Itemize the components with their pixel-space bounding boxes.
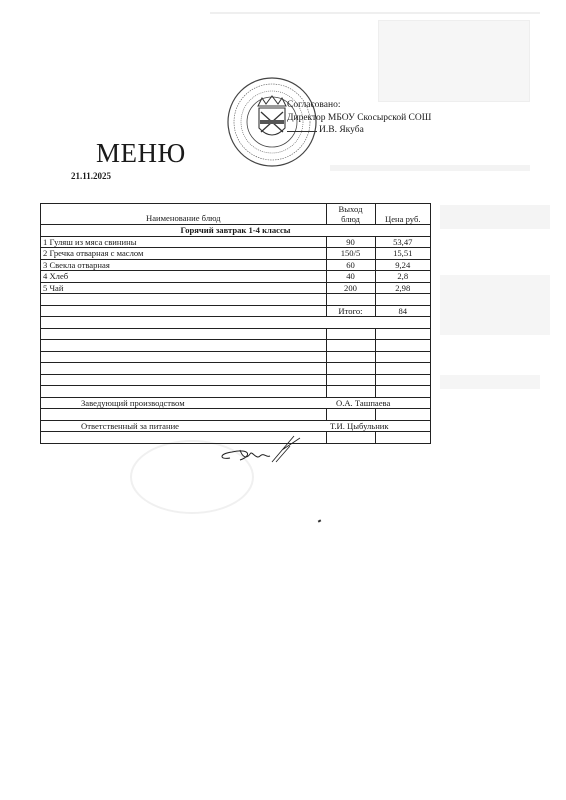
section-title: Горячий завтрак 1-4 классы: [41, 225, 431, 237]
dish-portion: 40: [326, 271, 375, 283]
empty-row: [41, 409, 431, 421]
show-through-line: [440, 375, 540, 389]
dish-portion: 150/5: [326, 248, 375, 260]
dish-price: 2,8: [375, 271, 431, 283]
production-manager-row: Заведующий производством О.А. Ташпаева: [41, 397, 431, 409]
handwritten-signature: [190, 430, 310, 472]
table-row: 2 Гречка отварная с маслом 150/5 15,51: [41, 248, 431, 260]
production-manager-role: Заведующий производством: [41, 397, 327, 409]
table-row: 5 Чай 200 2,98: [41, 282, 431, 294]
dish-name: 3 Свекла отварная: [41, 259, 327, 271]
director-signature-line: [287, 131, 317, 132]
approval-position: Директор МБОУ Скосырской СОШ: [287, 112, 431, 125]
page-title: МЕНЮ: [96, 138, 186, 169]
total-label: Итого:: [326, 305, 375, 317]
dish-price: 2,98: [375, 282, 431, 294]
approval-heading: Согласовано:: [287, 99, 431, 112]
show-through-box: [378, 20, 530, 102]
table-row: 1 Гуляш из мяса свинины 90 53,47: [41, 236, 431, 248]
dish-name: 5 Чай: [41, 282, 327, 294]
menu-table: Наименование блюд Выход блюд Цена руб. Г…: [40, 203, 431, 444]
nutrition-responsible-name: Т.И. Цыбульник: [326, 420, 431, 432]
production-manager-name: О.А. Ташпаева: [326, 397, 431, 409]
column-header-dish: Наименование блюд: [41, 204, 327, 225]
empty-row: [41, 363, 431, 375]
table-row: 4 Хлеб 40 2,8: [41, 271, 431, 283]
empty-row: [41, 386, 431, 398]
dish-name: 1 Гуляш из мяса свинины: [41, 236, 327, 248]
show-through-line: [440, 275, 550, 335]
empty-row: [41, 294, 431, 306]
table-row: 3 Свекла отварная 60 9,24: [41, 259, 431, 271]
show-through-line: [440, 205, 550, 229]
empty-row: [41, 328, 431, 340]
approval-block: Согласовано: Директор МБОУ Скосырской СО…: [287, 99, 431, 137]
menu-date: 21.11.2025: [71, 171, 111, 181]
empty-row: [41, 351, 431, 363]
dish-price: 9,24: [375, 259, 431, 271]
dish-portion: 200: [326, 282, 375, 294]
director-name: И.В. Якуба: [319, 125, 364, 135]
dish-name: 2 Гречка отварная с маслом: [41, 248, 327, 260]
show-through-line: [330, 165, 530, 171]
dish-portion: 60: [326, 259, 375, 271]
ink-mark: [318, 519, 322, 522]
total-value: 84: [375, 305, 431, 317]
empty-row: [41, 374, 431, 386]
dish-portion: 90: [326, 236, 375, 248]
total-row: Итого: 84: [41, 305, 431, 317]
column-header-portion: Выход блюд: [326, 204, 375, 225]
column-header-price: Цена руб.: [375, 204, 431, 225]
table-header-row: Наименование блюд Выход блюд Цена руб.: [41, 204, 431, 225]
empty-row: [41, 317, 431, 329]
dish-name: 4 Хлеб: [41, 271, 327, 283]
dish-price: 15,51: [375, 248, 431, 260]
dish-price: 53,47: [375, 236, 431, 248]
empty-row: [41, 340, 431, 352]
section-row: Горячий завтрак 1-4 классы: [41, 225, 431, 237]
show-through-bar: [210, 12, 540, 14]
